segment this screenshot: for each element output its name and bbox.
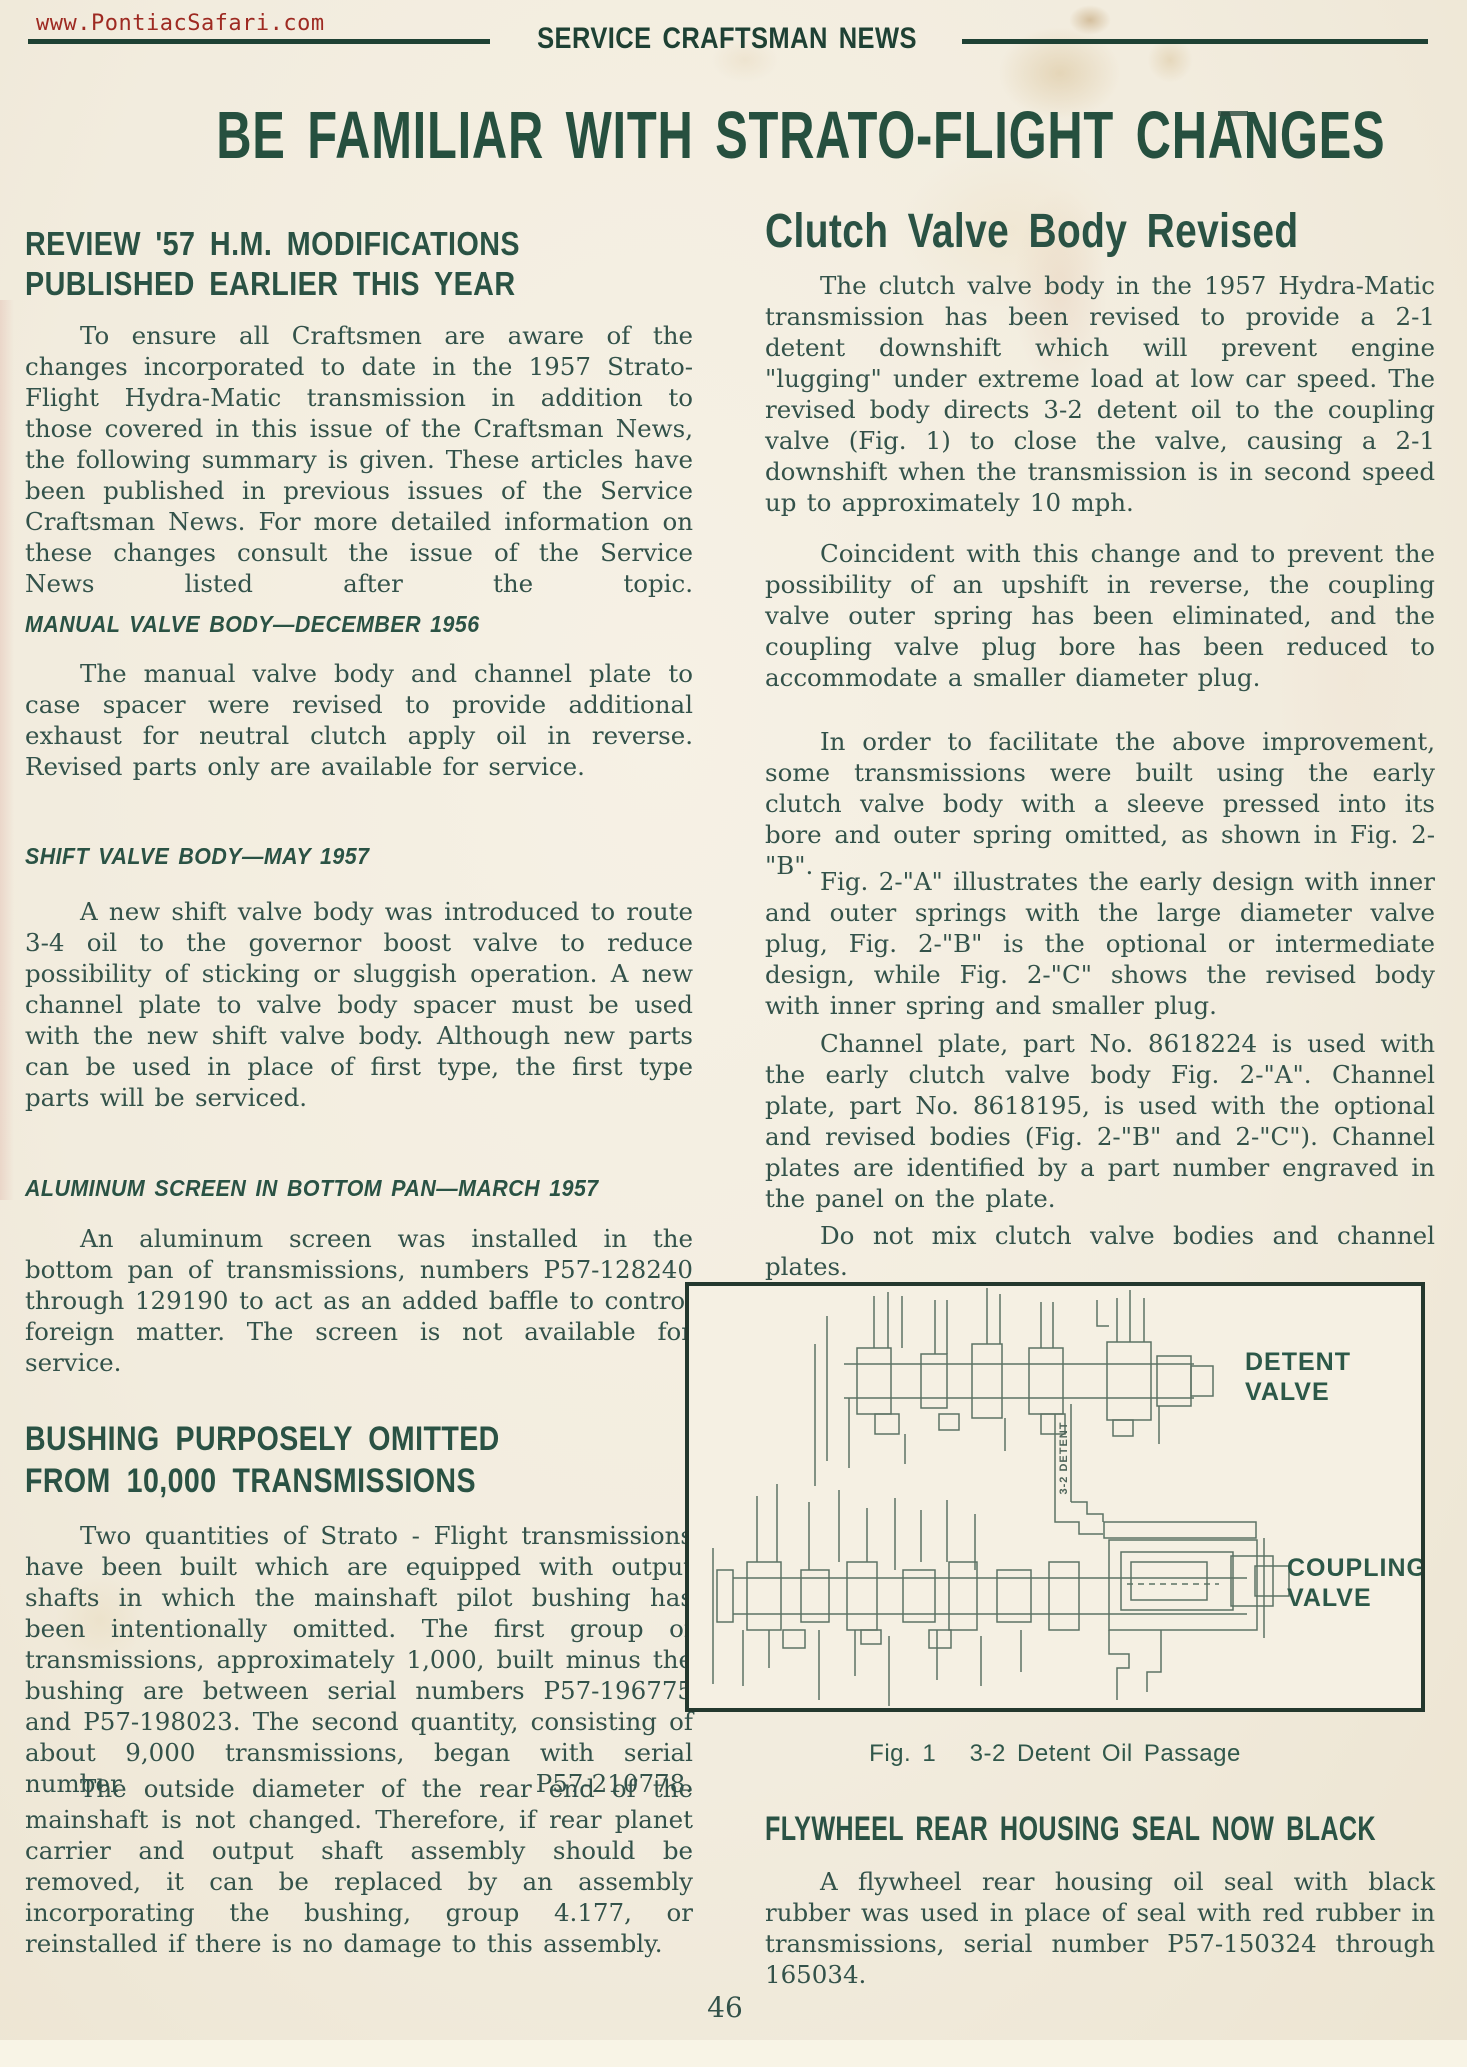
scan-bottom-edge (0, 2040, 1467, 2067)
flywheel-heading-text: FLYWHEEL REAR HOUSING SEAL NOW BLACK (765, 1810, 1376, 1848)
para-clutch-5: Channel plate, part No. 8618224 is used … (765, 1028, 1435, 1214)
masthead: SERVICE CRAFTSMAN NEWS (537, 22, 917, 56)
detent-valve-label-line2: VALVE (1245, 1378, 1330, 1406)
valve-schematic-drawing: 3-2 DETENT (689, 1286, 1421, 1708)
coupling-valve-drawing (713, 1484, 1289, 1706)
para-clutch-6: Do not mix clutch valve bodies and chann… (765, 1220, 1435, 1282)
para-bushing-2: The outside diameter of the rear end of … (25, 1773, 693, 1959)
detent-valve-drawing (815, 1288, 1213, 1486)
review-heading-line2: PUBLISHED EARLIER THIS YEAR (25, 264, 520, 304)
coupling-valve-label-line1: COUPLING (1287, 1554, 1421, 1582)
para-flywheel: A flywheel rear housing oil seal with bl… (765, 1866, 1435, 1990)
para-shift-valve: A new shift valve body was introduced to… (25, 896, 693, 1113)
review-heading-lines: REVIEW '57 H.M. MODIFICATIONS PUBLISHED … (25, 224, 520, 304)
flywheel-heading: FLYWHEEL REAR HOUSING SEAL NOW BLACK (765, 1810, 1467, 1848)
paper-edge-tint (0, 300, 14, 1200)
para-clutch-4: Fig. 2-"A" illustrates the early design … (765, 866, 1435, 1021)
para-clutch-3: In order to facilitate the above improve… (765, 726, 1435, 881)
clutch-valve-heading: Clutch Valve Body Revised (765, 206, 1424, 258)
manual-valve-heading-text: MANUAL VALVE BODY—DECEMBER 1956 (25, 610, 480, 638)
page-title-text: BE FAMILIAR WITH STRATO-FLIGHT CHANGES (216, 101, 1385, 171)
scan-artifact (1218, 111, 1248, 116)
newsletter-page: www.PontiacSafari.com SERVICE CRAFTSMAN … (0, 0, 1467, 2067)
passage-label: 3-2 DETENT (1058, 1422, 1070, 1495)
detent-valve-label-line1: DETENT (1245, 1348, 1351, 1376)
manual-valve-heading: MANUAL VALVE BODY—DECEMBER 1956 (25, 610, 514, 638)
clutch-valve-heading-text: Clutch Valve Body Revised (765, 206, 1299, 258)
masthead-rule-right (962, 39, 1428, 44)
review-heading-line1: REVIEW '57 H.M. MODIFICATIONS (25, 224, 520, 264)
coupling-valve-label-line2: VALVE (1287, 1584, 1372, 1612)
para-clutch-1: The clutch valve body in the 1957 Hydra-… (765, 270, 1435, 518)
para-aluminum-screen: An aluminum screen was installed in the … (25, 1223, 693, 1378)
page-number: 46 (695, 1992, 755, 2024)
masthead-rule-left (28, 39, 490, 44)
para-bushing-1: Two quantities of Strato - Flight transm… (25, 1520, 693, 1799)
figure-1-caption: Fig. 1 3-2 Detent Oil Passage (685, 1740, 1425, 1768)
website-url: www.PontiacSafari.com (36, 11, 325, 37)
bushing-heading-line2: FROM 10,000 TRANSMISSIONS (25, 1460, 500, 1502)
shift-valve-heading-text: SHIFT VALVE BODY—MAY 1957 (25, 842, 369, 870)
para-clutch-2: Coincident with this change and to preve… (765, 538, 1435, 693)
bushing-heading-line1: BUSHING PURPOSELY OMITTED (25, 1418, 500, 1460)
bushing-heading: BUSHING PURPOSELY OMITTED FROM 10,000 TR… (25, 1418, 590, 1502)
aluminum-screen-heading-text: ALUMINUM SCREEN IN BOTTOM PAN—MARCH 1957 (25, 1174, 599, 1202)
review-heading: REVIEW '57 H.M. MODIFICATIONS PUBLISHED … (25, 224, 594, 304)
para-manual-valve: The manual valve body and channel plate … (25, 658, 693, 782)
paper-stain (1062, 0, 1118, 40)
aluminum-screen-heading: ALUMINUM SCREEN IN BOTTOM PAN—MARCH 1957 (25, 1174, 642, 1202)
figure-1-valve-schematic: 3-2 DETENT (685, 1282, 1425, 1712)
shift-valve-heading: SHIFT VALVE BODY—MAY 1957 (25, 842, 395, 870)
bushing-heading-lines: BUSHING PURPOSELY OMITTED FROM 10,000 TR… (25, 1418, 500, 1502)
para-review: To ensure all Craftsmen are aware of the… (25, 320, 693, 599)
